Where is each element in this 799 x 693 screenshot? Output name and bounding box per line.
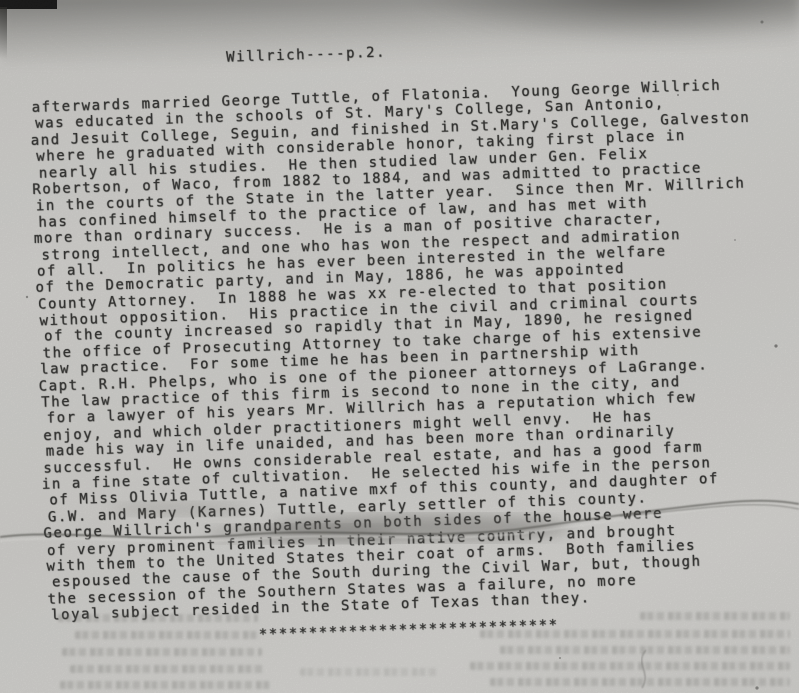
bleed-through-row — [70, 665, 265, 673]
bleed-through-row — [480, 630, 790, 638]
bleed-through-row — [58, 614, 258, 622]
crease-and-specks-overlay — [0, 0, 799, 693]
bleed-through-row — [300, 668, 440, 676]
bleed-through-row — [640, 612, 790, 620]
bleed-through-row — [75, 631, 260, 639]
bleed-through-row — [62, 648, 262, 656]
bleed-through-row — [490, 678, 790, 686]
dust-specks — [26, 21, 778, 690]
scanned-document-page: Willrich----p.2. afterwards married Geor… — [0, 0, 799, 693]
bleed-through-row — [470, 662, 790, 670]
bleed-through-row — [500, 646, 790, 654]
bleed-through-row — [60, 681, 270, 689]
